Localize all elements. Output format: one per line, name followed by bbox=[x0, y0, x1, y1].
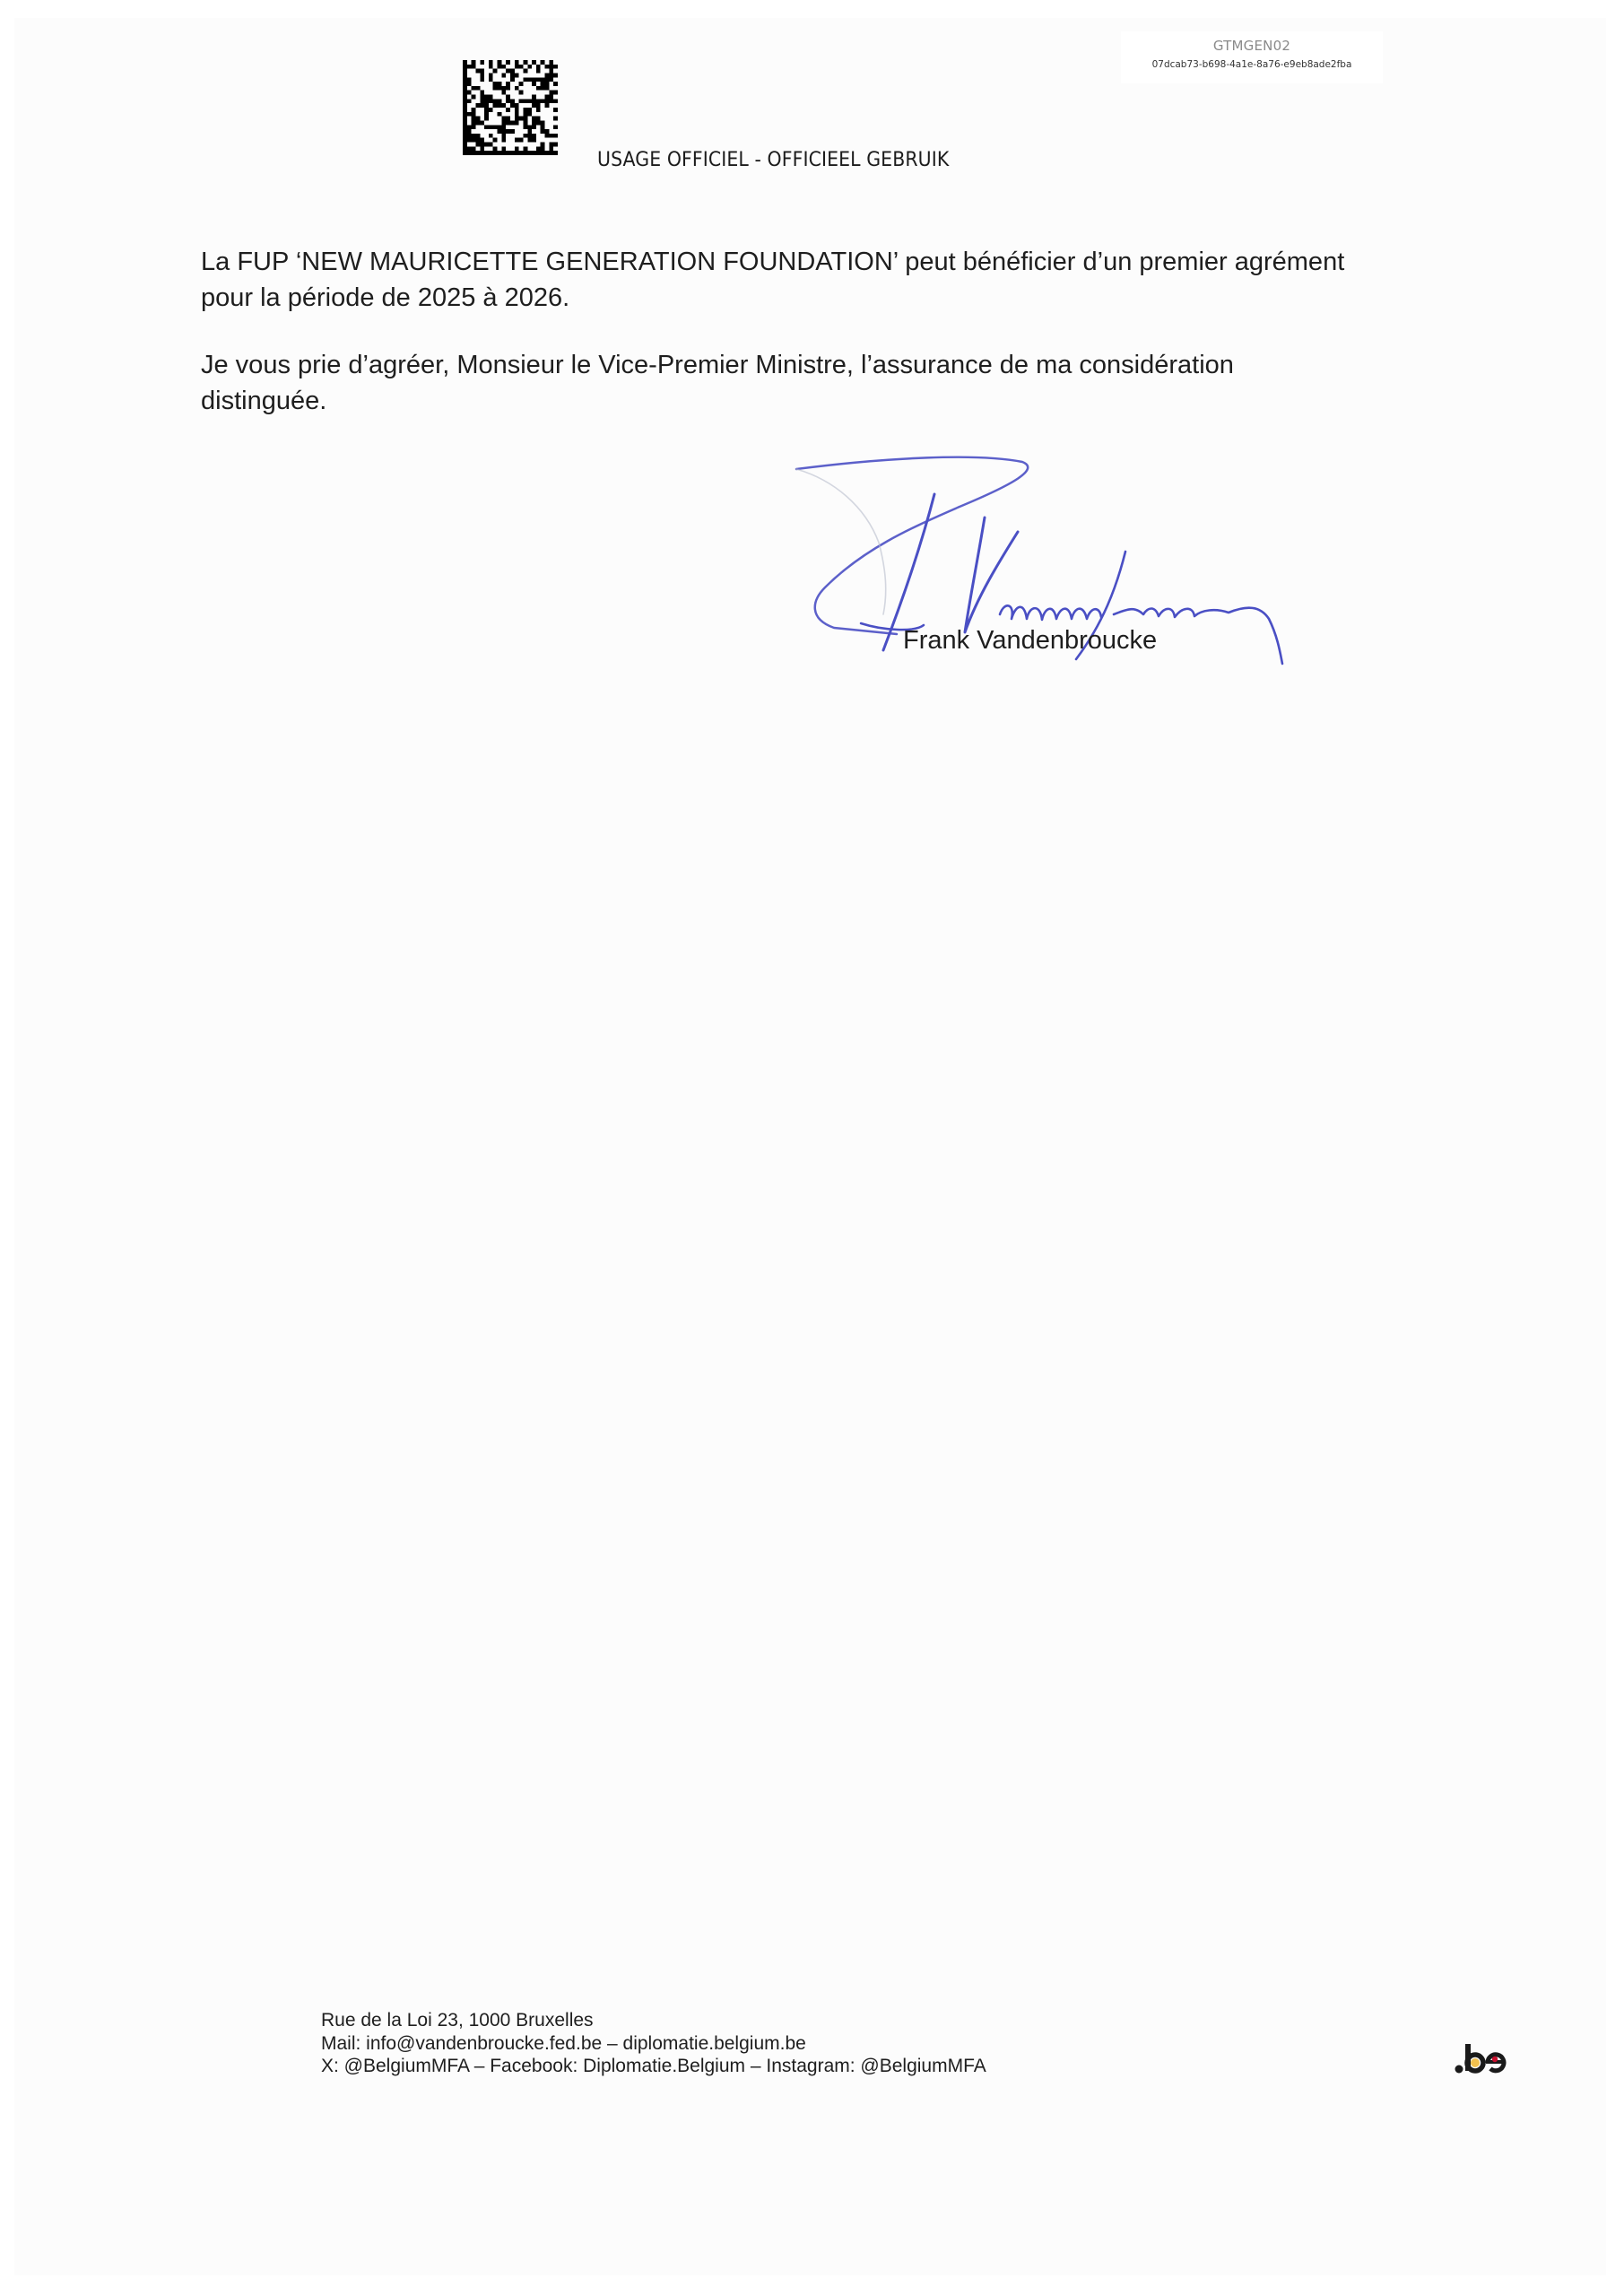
stamp-uuid: 07dcab73-b698-4a1e-8a76-e9eb8ade2fba bbox=[1121, 59, 1383, 70]
datamatrix-barcode-icon bbox=[463, 60, 558, 155]
classification-header: USAGE OFFICIEL - OFFICIEEL GEBRUIK bbox=[597, 149, 949, 171]
belgium-be-logo-icon bbox=[1454, 2040, 1507, 2076]
stamp-code: GTMGEN02 bbox=[1121, 38, 1383, 54]
signer-name: Frank Vandenbroucke bbox=[903, 626, 1157, 656]
paragraph-line: pour la période de 2025 à 2026. bbox=[201, 280, 1385, 316]
footer-contact: Mail: info@vandenbroucke.fed.be – diplom… bbox=[321, 2032, 986, 2056]
paragraph-closing: Je vous prie d’agréer, Monsieur le Vice-… bbox=[201, 347, 1385, 419]
paragraph-line: La FUP ‘NEW MAURICETTE GENERATION FOUNDA… bbox=[201, 244, 1385, 280]
footer-address: Rue de la Loi 23, 1000 Bruxelles bbox=[321, 2009, 986, 2032]
paragraph-approval: La FUP ‘NEW MAURICETTE GENERATION FOUNDA… bbox=[201, 244, 1385, 316]
paragraph-line: Je vous prie d’agréer, Monsieur le Vice-… bbox=[201, 347, 1385, 383]
document-stamp: GTMGEN02 07dcab73-b698-4a1e-8a76-e9eb8ad… bbox=[1121, 31, 1383, 83]
paragraph-line: distinguée. bbox=[201, 383, 1385, 419]
letterhead-footer: Rue de la Loi 23, 1000 Bruxelles Mail: i… bbox=[321, 2009, 986, 2078]
footer-social: X: @BelgiumMFA – Facebook: Diplomatie.Be… bbox=[321, 2055, 986, 2078]
